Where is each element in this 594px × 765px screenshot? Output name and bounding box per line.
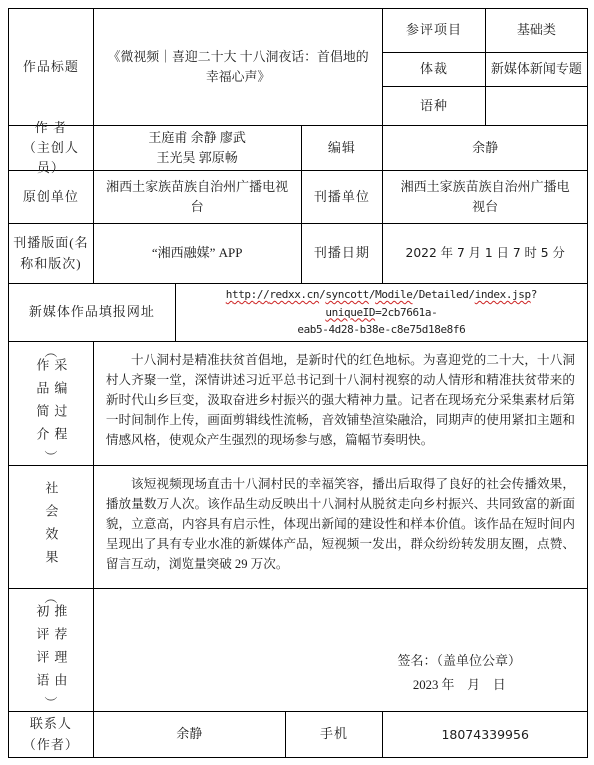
intro-label: （ 作品简介 采编过程 ） bbox=[9, 342, 94, 466]
row-social-effect: 社会效果 该短视频现场直击十八洞村民的幸福笑容，播出后取得了良好的社会传播效果，… bbox=[9, 466, 588, 589]
url-label: 新媒体作品填报网址 bbox=[9, 284, 176, 342]
publication-date-value: 2022 年 7 月 1 日 7 时 5 分 bbox=[383, 224, 588, 284]
intro-label-col2: 采编过程 bbox=[53, 358, 66, 450]
publication-page-label: 刊播版面(名称和版次) bbox=[9, 224, 94, 284]
social-effect-text-cell: 该短视频现场直击十八洞村民的幸福笑容，播出后取得了良好的社会传播效果，播放量数万… bbox=[94, 466, 588, 589]
review-paren-open: （ bbox=[44, 591, 57, 604]
url-cell: http://redxx.cn/syncott/Modile/Detailed/… bbox=[176, 284, 588, 342]
language-value bbox=[486, 87, 588, 126]
genre-label: 体裁 bbox=[383, 53, 485, 87]
row-review: （ 初评评语 推荐理由 ） 签名：（盖单位公章） 2023 年 月 日 bbox=[9, 589, 588, 712]
url-link-line2[interactable]: eab5-4d28-b38e-c8e75d18e8f6 bbox=[297, 321, 465, 339]
authors-label: 作 者 （主创人员） bbox=[9, 126, 94, 171]
work-title-value: 《微视频｜喜迎二十大 十八洞夜话：首倡地的幸福心声》 bbox=[94, 9, 384, 126]
social-effect-text: 该短视频现场直击十八洞村民的幸福笑容，播出后取得了良好的社会传播效果，播放量数万… bbox=[106, 474, 575, 574]
signature-block: 签名：（盖单位公章） 2023 年 月 日 bbox=[397, 649, 521, 697]
row-url: 新媒体作品填报网址 http://redxx.cn/syncott/Modile… bbox=[9, 284, 588, 342]
publisher-value: 湘西土家族苗族自治州广播电视台 bbox=[383, 171, 588, 224]
url-link-line1[interactable]: http://redxx.cn/syncott/Modile/Detailed/… bbox=[184, 286, 579, 321]
contact-phone-value: 18074339956 bbox=[383, 712, 588, 758]
genre-value: 新媒体新闻专题 bbox=[486, 53, 588, 87]
editor-label: 编辑 bbox=[302, 126, 384, 171]
entry-category-value: 基础类 bbox=[486, 9, 588, 53]
intro-text-cell: 十八洞村是精准扶贫首倡地，是新时代的红色地标。为喜迎党的二十大，十八洞村人齐聚一… bbox=[94, 342, 588, 466]
signature-line: 签名：（盖单位公章） bbox=[397, 649, 521, 673]
review-paren-close: ） bbox=[44, 696, 57, 709]
work-title-label: 作品标题 bbox=[9, 9, 94, 126]
intro-label-col1: 作品简介 bbox=[35, 358, 48, 450]
intro-paren-open: （ bbox=[44, 344, 57, 357]
review-content-cell: 签名：（盖单位公章） 2023 年 月 日 bbox=[94, 589, 588, 712]
publication-date-label: 刊播日期 bbox=[302, 224, 384, 284]
social-effect-label: 社会效果 bbox=[9, 466, 94, 589]
review-label-col1: 初评评语 bbox=[35, 604, 48, 696]
language-label: 语种 bbox=[383, 87, 485, 126]
editor-value: 余静 bbox=[383, 126, 588, 171]
row-work-title: 作品标题 《微视频｜喜迎二十大 十八洞夜话：首倡地的幸福心声》 参评项目 基础类… bbox=[9, 9, 588, 126]
review-label-col2: 推荐理由 bbox=[53, 604, 66, 696]
origin-unit-label: 原创单位 bbox=[9, 171, 94, 224]
intro-text: 十八洞村是精准扶贫首倡地，是新时代的红色地标。为喜迎党的二十大，十八洞村人齐聚一… bbox=[106, 350, 575, 450]
entry-form-table: 作品标题 《微视频｜喜迎二十大 十八洞夜话：首倡地的幸福心声》 参评项目 基础类… bbox=[8, 8, 588, 758]
contact-phone-label: 手机 bbox=[286, 712, 384, 758]
signature-date-line: 2023 年 月 日 bbox=[397, 673, 521, 697]
row-origin-unit: 原创单位 湘西土家族苗族自治州广播电视台 刊播单位 湘西土家族苗族自治州广播电视… bbox=[9, 171, 588, 224]
row-contact: 联系人（作者） 余静 手机 18074339956 bbox=[9, 712, 588, 758]
entry-form-page: 作品标题 《微视频｜喜迎二十大 十八洞夜话：首倡地的幸福心声》 参评项目 基础类… bbox=[0, 0, 594, 765]
intro-paren-close: ） bbox=[44, 449, 57, 462]
authors-names: 王庭甫 余静 廖武 王光昊 郭原畅 bbox=[94, 126, 302, 171]
title-meta-group: 参评项目 基础类 体裁 新媒体新闻专题 语种 bbox=[383, 9, 588, 126]
publisher-label: 刊播单位 bbox=[302, 171, 384, 224]
publication-page-value: “湘西融媒” APP bbox=[94, 224, 302, 284]
entry-category-label: 参评项目 bbox=[383, 9, 485, 53]
row-publication: 刊播版面(名称和版次) “湘西融媒” APP 刊播日期 2022 年 7 月 1… bbox=[9, 224, 588, 284]
contact-name: 余静 bbox=[94, 712, 286, 758]
row-authors: 作 者 （主创人员） 王庭甫 余静 廖武 王光昊 郭原畅 编辑 余静 bbox=[9, 126, 588, 171]
origin-unit-value: 湘西土家族苗族自治州广播电视台 bbox=[94, 171, 302, 224]
contact-label: 联系人（作者） bbox=[9, 712, 94, 758]
review-label: （ 初评评语 推荐理由 ） bbox=[9, 589, 94, 712]
row-intro: （ 作品简介 采编过程 ） 十八洞村是精准扶贫首倡地，是新时代的红色地标。为喜迎… bbox=[9, 342, 588, 466]
social-effect-label-text: 社会效果 bbox=[44, 481, 57, 573]
